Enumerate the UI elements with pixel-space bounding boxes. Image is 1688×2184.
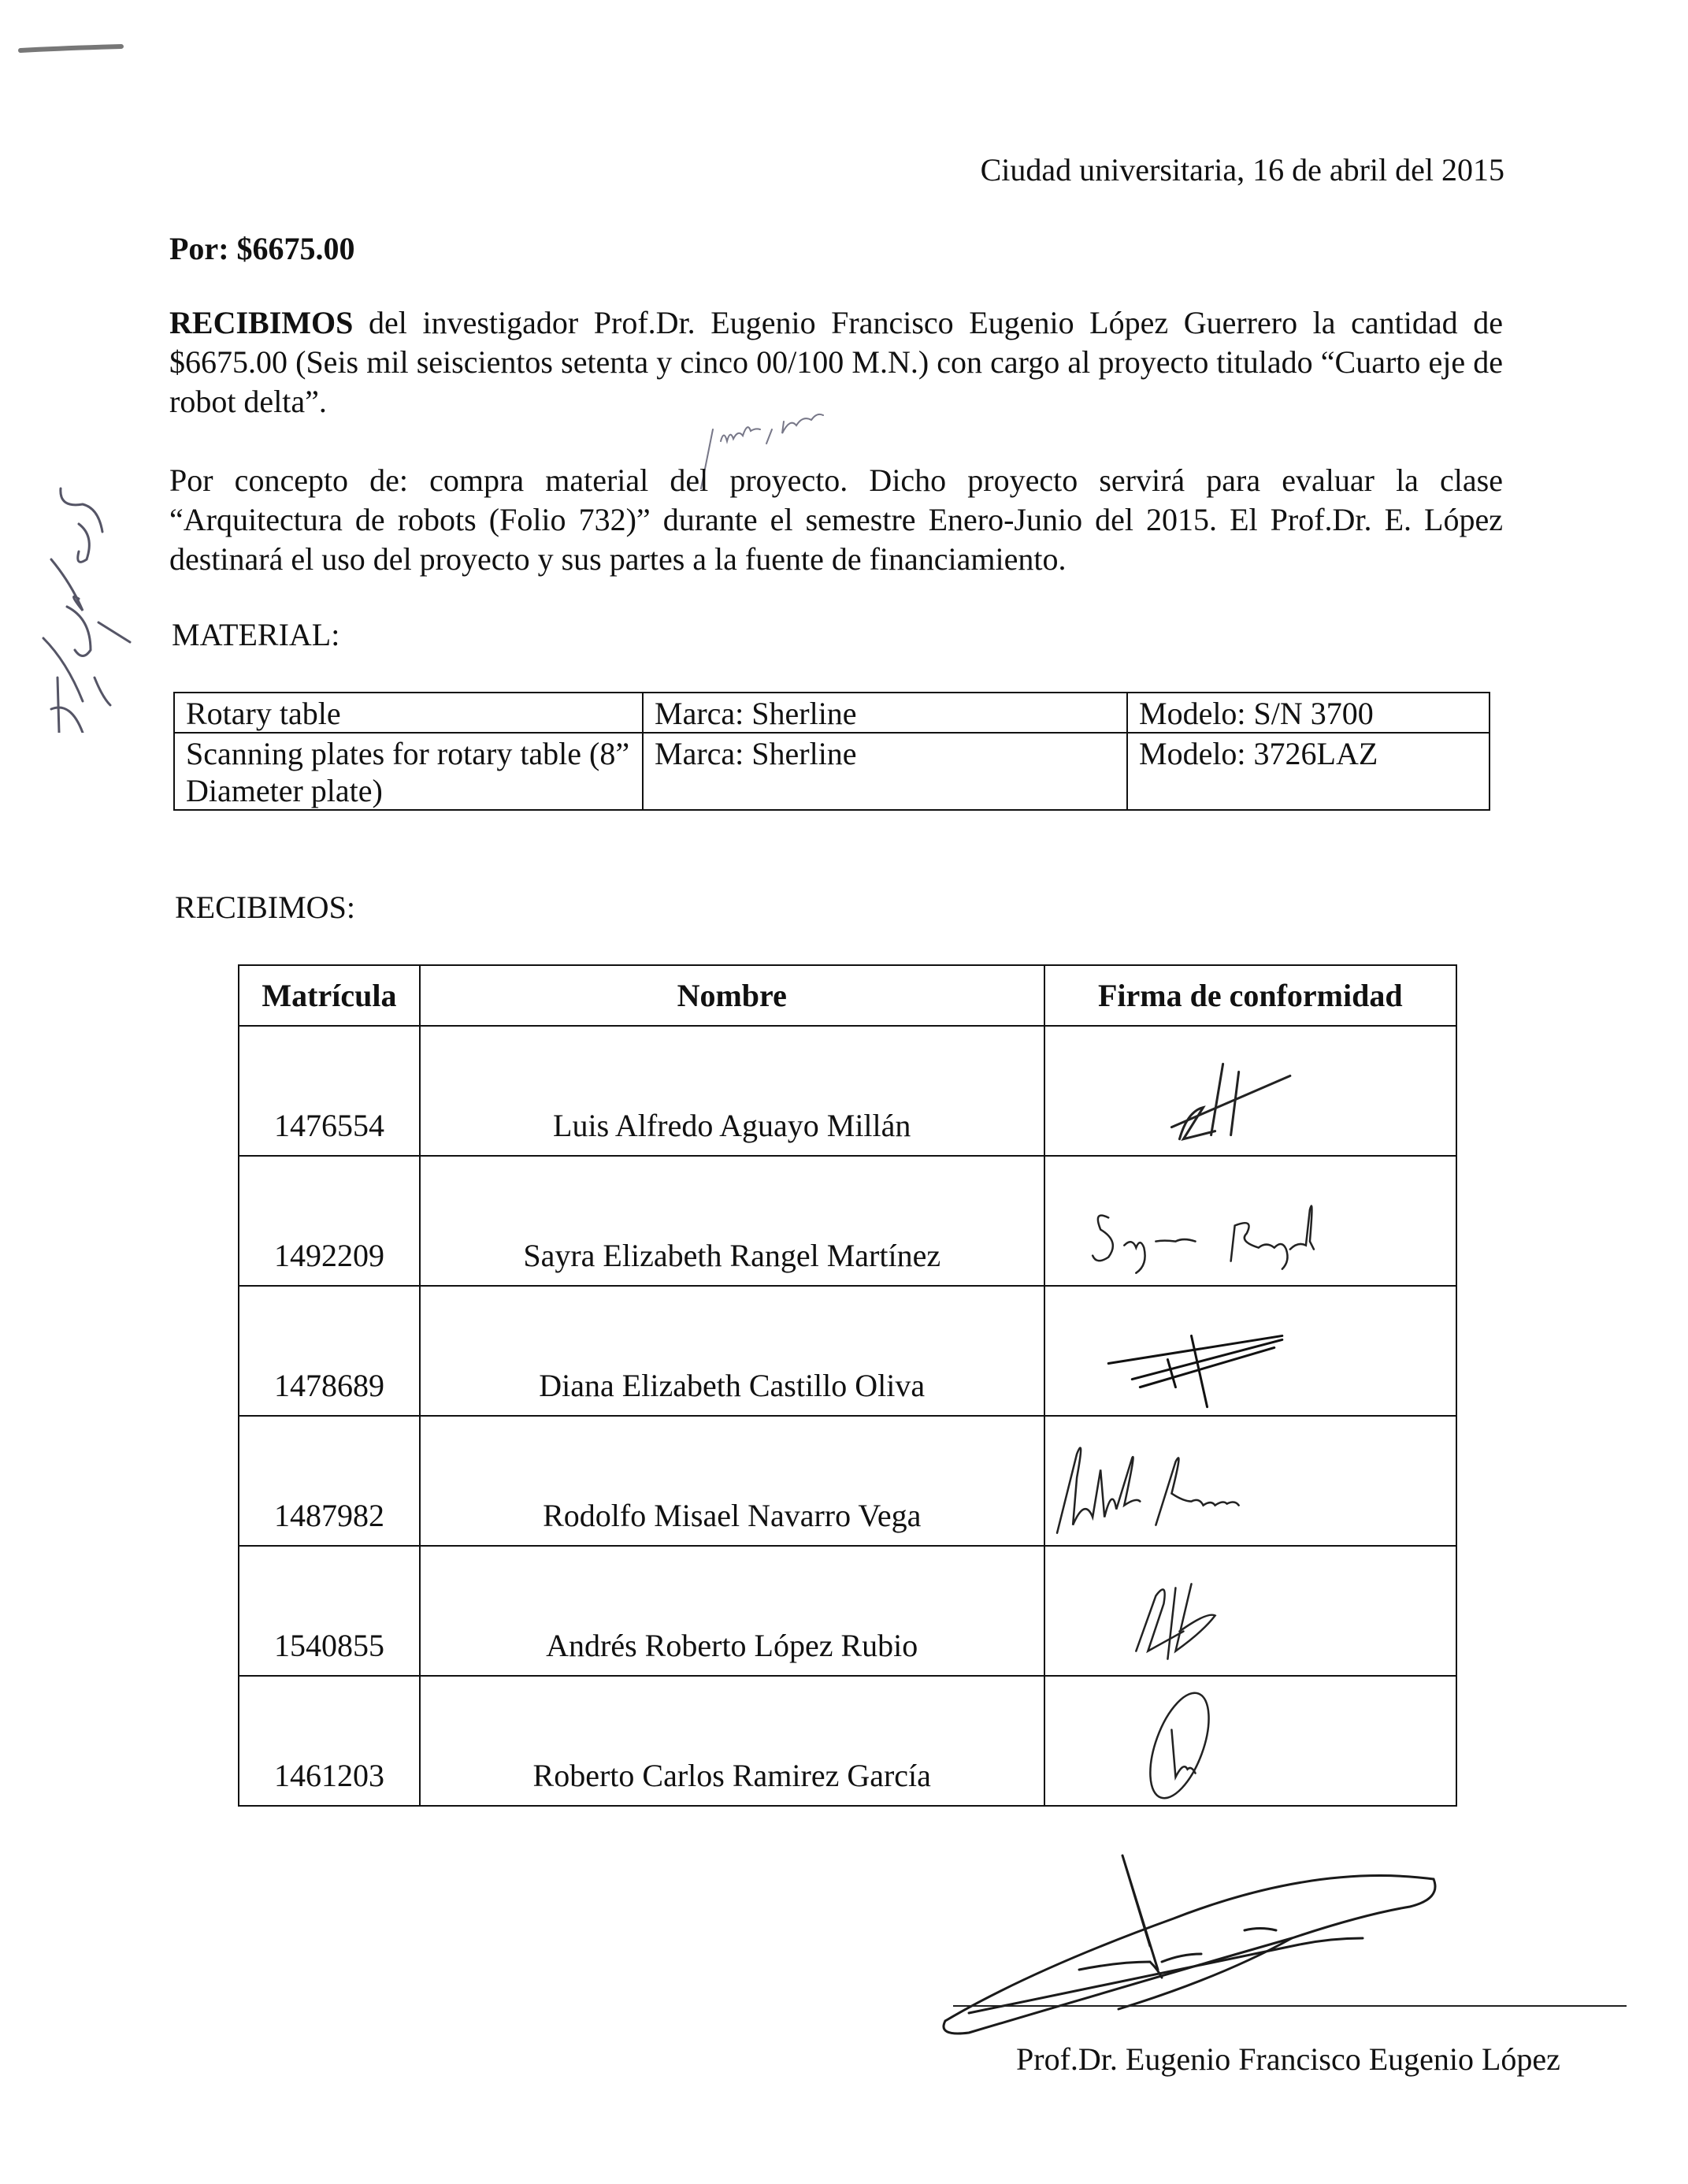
signature-icon — [1045, 1287, 1456, 1415]
table-row: 1461203 Roberto Carlos Ramirez García — [239, 1676, 1456, 1806]
material-item: Rotary table — [174, 693, 643, 733]
signature-icon — [1045, 1677, 1456, 1805]
signer-name: Prof.Dr. Eugenio Francisco Eugenio López — [1016, 2041, 1560, 2078]
matricula-cell: 1461203 — [239, 1676, 420, 1806]
header-matricula: Matrícula — [239, 965, 420, 1026]
nombre-cell: Luis Alfredo Aguayo Millán — [420, 1026, 1044, 1156]
table-row: 1492209 Sayra Elizabeth Rangel Martínez — [239, 1156, 1456, 1286]
matricula-cell: 1478689 — [239, 1286, 420, 1416]
professor-signature-icon — [922, 1844, 1630, 2048]
signature-line — [953, 2005, 1627, 2007]
document-date: Ciudad universitaria, 16 de abril del 20… — [945, 151, 1504, 188]
nombre-cell: Rodolfo Misael Navarro Vega — [420, 1416, 1044, 1546]
table-row: 1478689 Diana Elizabeth Castillo Oliva — [239, 1286, 1456, 1416]
received-table: Matrícula Nombre Firma de conformidad 14… — [238, 964, 1457, 1807]
table-row: Scanning plates for rotary table (8” Dia… — [174, 733, 1490, 810]
signature-cell — [1044, 1026, 1456, 1156]
scan-mark — [17, 43, 124, 54]
signature-cell — [1044, 1286, 1456, 1416]
matricula-cell: 1487982 — [239, 1416, 420, 1546]
table-row: 1476554 Luis Alfredo Aguayo Millán — [239, 1026, 1456, 1156]
material-item: Scanning plates for rotary table (8” Dia… — [174, 733, 643, 810]
received-label: RECIBIMOS: — [175, 889, 355, 926]
matricula-cell: 1476554 — [239, 1026, 420, 1156]
receipt-lead: RECIBIMOS — [169, 305, 353, 340]
nombre-cell: Diana Elizabeth Castillo Oliva — [420, 1286, 1044, 1416]
signature-cell — [1044, 1676, 1456, 1806]
material-label: MATERIAL: — [172, 616, 339, 653]
signature-cell — [1044, 1416, 1456, 1546]
nombre-cell: Sayra Elizabeth Rangel Martínez — [420, 1156, 1044, 1286]
table-row: 1487982 Rodolfo Misael Navarro Vega — [239, 1416, 1456, 1546]
material-table: Rotary table Marca: Sherline Modelo: S/N… — [173, 692, 1490, 811]
matricula-cell: 1492209 — [239, 1156, 420, 1286]
material-model: Modelo: S/N 3700 — [1127, 693, 1490, 733]
material-model: Modelo: 3726LAZ — [1127, 733, 1490, 810]
amount-line: Por: $6675.00 — [169, 230, 355, 267]
signature-icon — [1045, 1157, 1456, 1285]
signature-icon — [1045, 1417, 1456, 1545]
nombre-cell: Roberto Carlos Ramirez García — [420, 1676, 1044, 1806]
concept-paragraph: Por concepto de: compra material del pro… — [169, 461, 1503, 579]
material-brand: Marca: Sherline — [643, 733, 1127, 810]
signature-icon — [1045, 1027, 1456, 1155]
material-brand: Marca: Sherline — [643, 693, 1127, 733]
header-nombre: Nombre — [420, 965, 1044, 1026]
signature-cell — [1044, 1546, 1456, 1676]
table-row: Rotary table Marca: Sherline Modelo: S/N… — [174, 693, 1490, 733]
signature-cell — [1044, 1156, 1456, 1286]
signature-icon — [1045, 1547, 1456, 1675]
matricula-cell: 1540855 — [239, 1546, 420, 1676]
header-firma: Firma de conformidad — [1044, 965, 1456, 1026]
margin-annotation — [35, 473, 138, 733]
table-row: 1540855 Andrés Roberto López Rubio — [239, 1546, 1456, 1676]
nombre-cell: Andrés Roberto López Rubio — [420, 1546, 1044, 1676]
table-header-row: Matrícula Nombre Firma de conformidad — [239, 965, 1456, 1026]
